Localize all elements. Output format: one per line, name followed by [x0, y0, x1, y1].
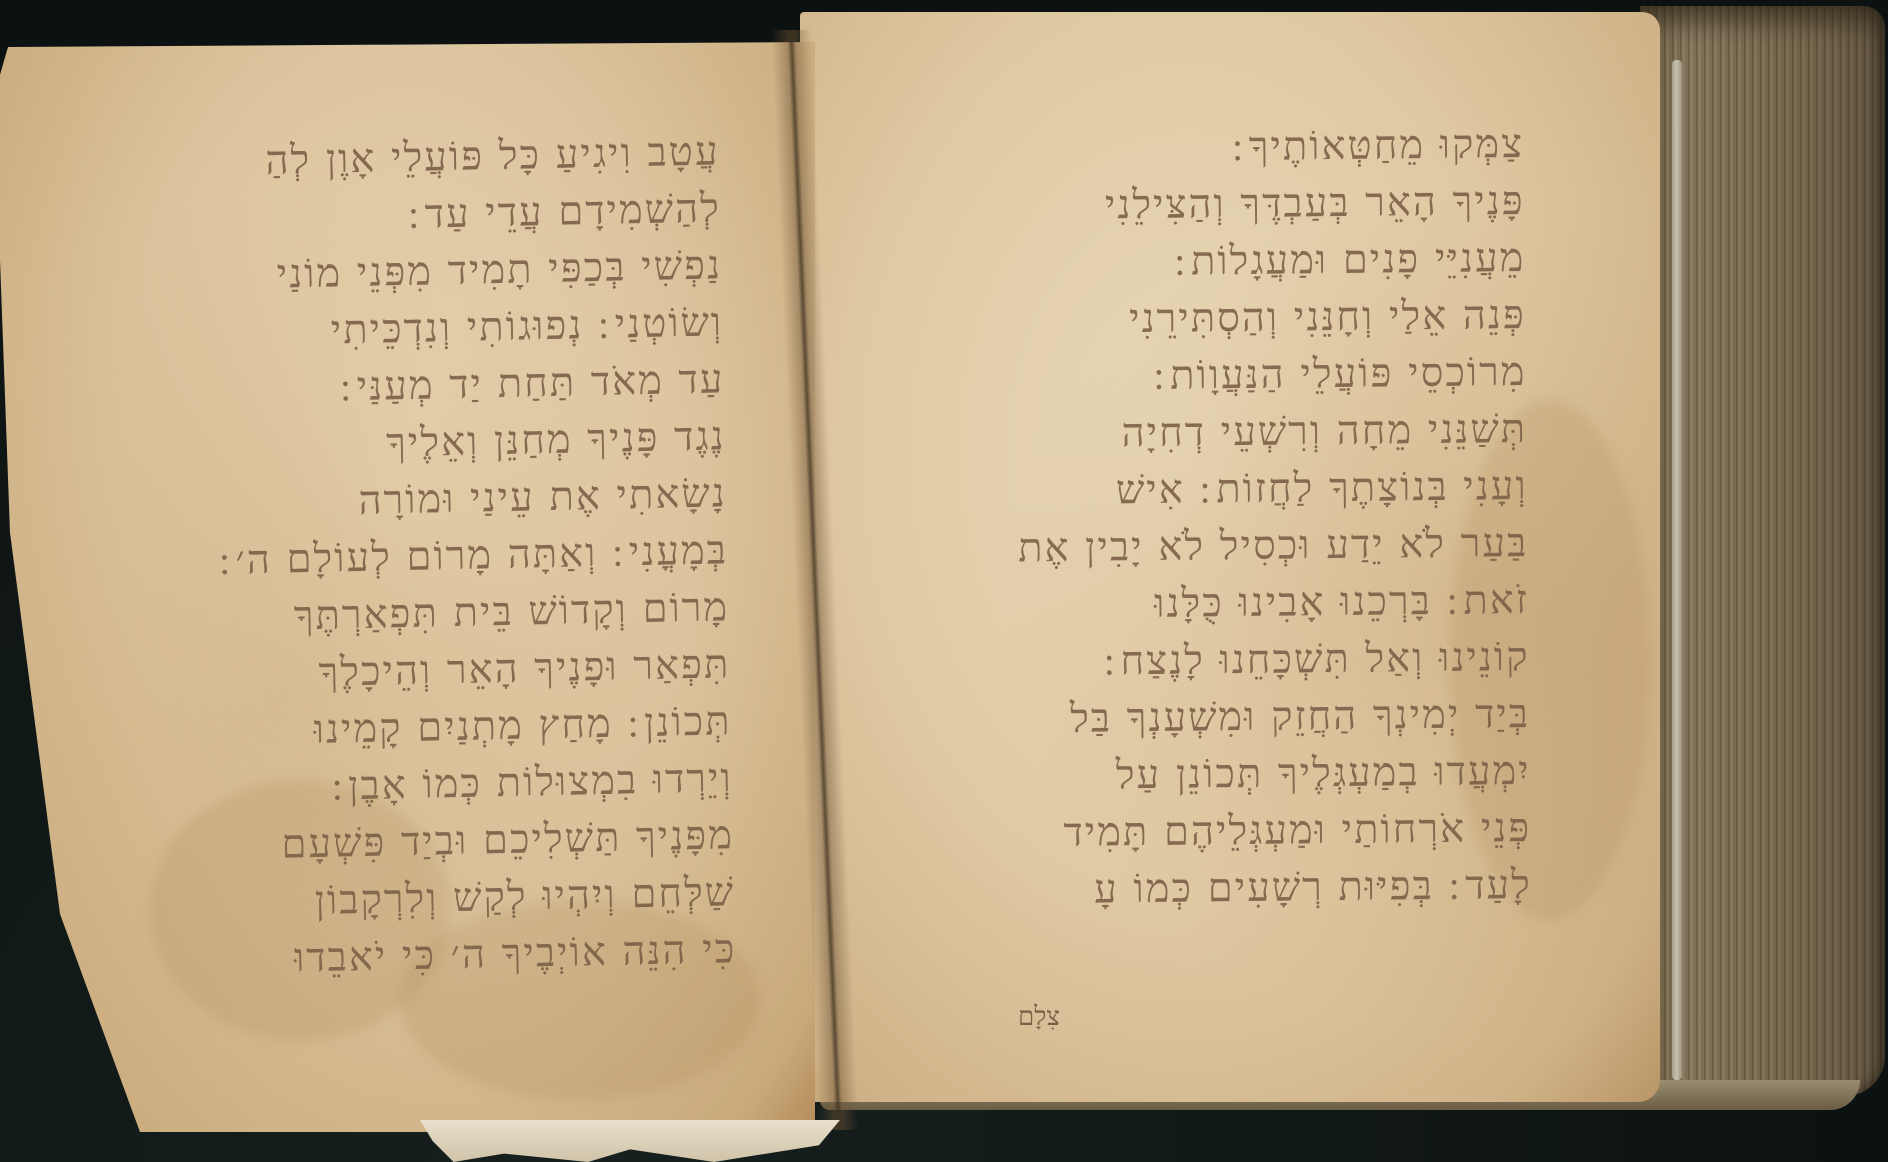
- text-line: פְּנֵה אֵלַי וְחָנֵּנִי וְהַסְתִּירֵנִי: [766, 287, 1527, 352]
- text-line: לָעַד ׃ בְּפִיּוּת רְשָׁעִים כְּמוֹ עָ: [772, 857, 1533, 922]
- text-line: מִרוֹכְסֵי פּוֹעֲלֵי הַנַּעֲוָוֹת ׃: [766, 344, 1527, 409]
- text-line: יִמְעֲדוּ בְמַעְגְּלֶיךָ תְּכוֹנֵן עַל: [770, 743, 1531, 808]
- text-line: בַּעַר לֹא יֵדַע וּכְסִיל לֹא יָבִין אֶת: [768, 515, 1529, 580]
- text-line: מֵעֲנִיֵּי פָנִים וּמַעֲגָלוֹת ׃: [765, 230, 1526, 295]
- text-line: בְּיַד יְמִינְךָ הַחֲזֵק וּמִשְׁעָנְךָ ב…: [770, 686, 1531, 751]
- text-line: צַמְּקוּ מֵחַטְּאוֹתֶיךָ ׃: [764, 116, 1525, 181]
- left-page-text: עֲטָב וִיגִיעַ כָּל פּוֹעֲלֵי אָוֶן לְהַ…: [79, 123, 737, 991]
- right-page-text: צַמְּקוּ מֵחַטְּאוֹתֶיךָ ׃ פָּנֶיךָ הָאֵ…: [764, 116, 1532, 922]
- text-line: פָּנֶיךָ הָאֵר בְּעַבְדֶּךָ וְהַצִּילֵנִ…: [764, 173, 1525, 238]
- catchword: צִלָם: [1018, 1002, 1060, 1032]
- text-line: וְעָנִי בְּנוֹצָתֶךָ לַחֲזוֹת ׃ אִישׁ: [767, 458, 1528, 523]
- text-line: פְּנֵי אֹרְחוֹתַי וּמַעְגְּלֵיהֶם תָּמִי…: [771, 800, 1532, 865]
- text-line: תְּשַׁנֵּנִי מֵחָה וְרִשְׁעֵי דְחִיָה: [767, 401, 1528, 466]
- page-edge-highlight: [1672, 60, 1682, 1080]
- text-line: זֹאת ׃ בָּרְכֵנוּ אָבִינוּ כֻּלָּנוּ: [769, 572, 1530, 637]
- text-line: קוֹנֵינוּ וְאַל תִּשְׁכָּחֵנוּ לָנֶצַח ׃: [769, 629, 1530, 694]
